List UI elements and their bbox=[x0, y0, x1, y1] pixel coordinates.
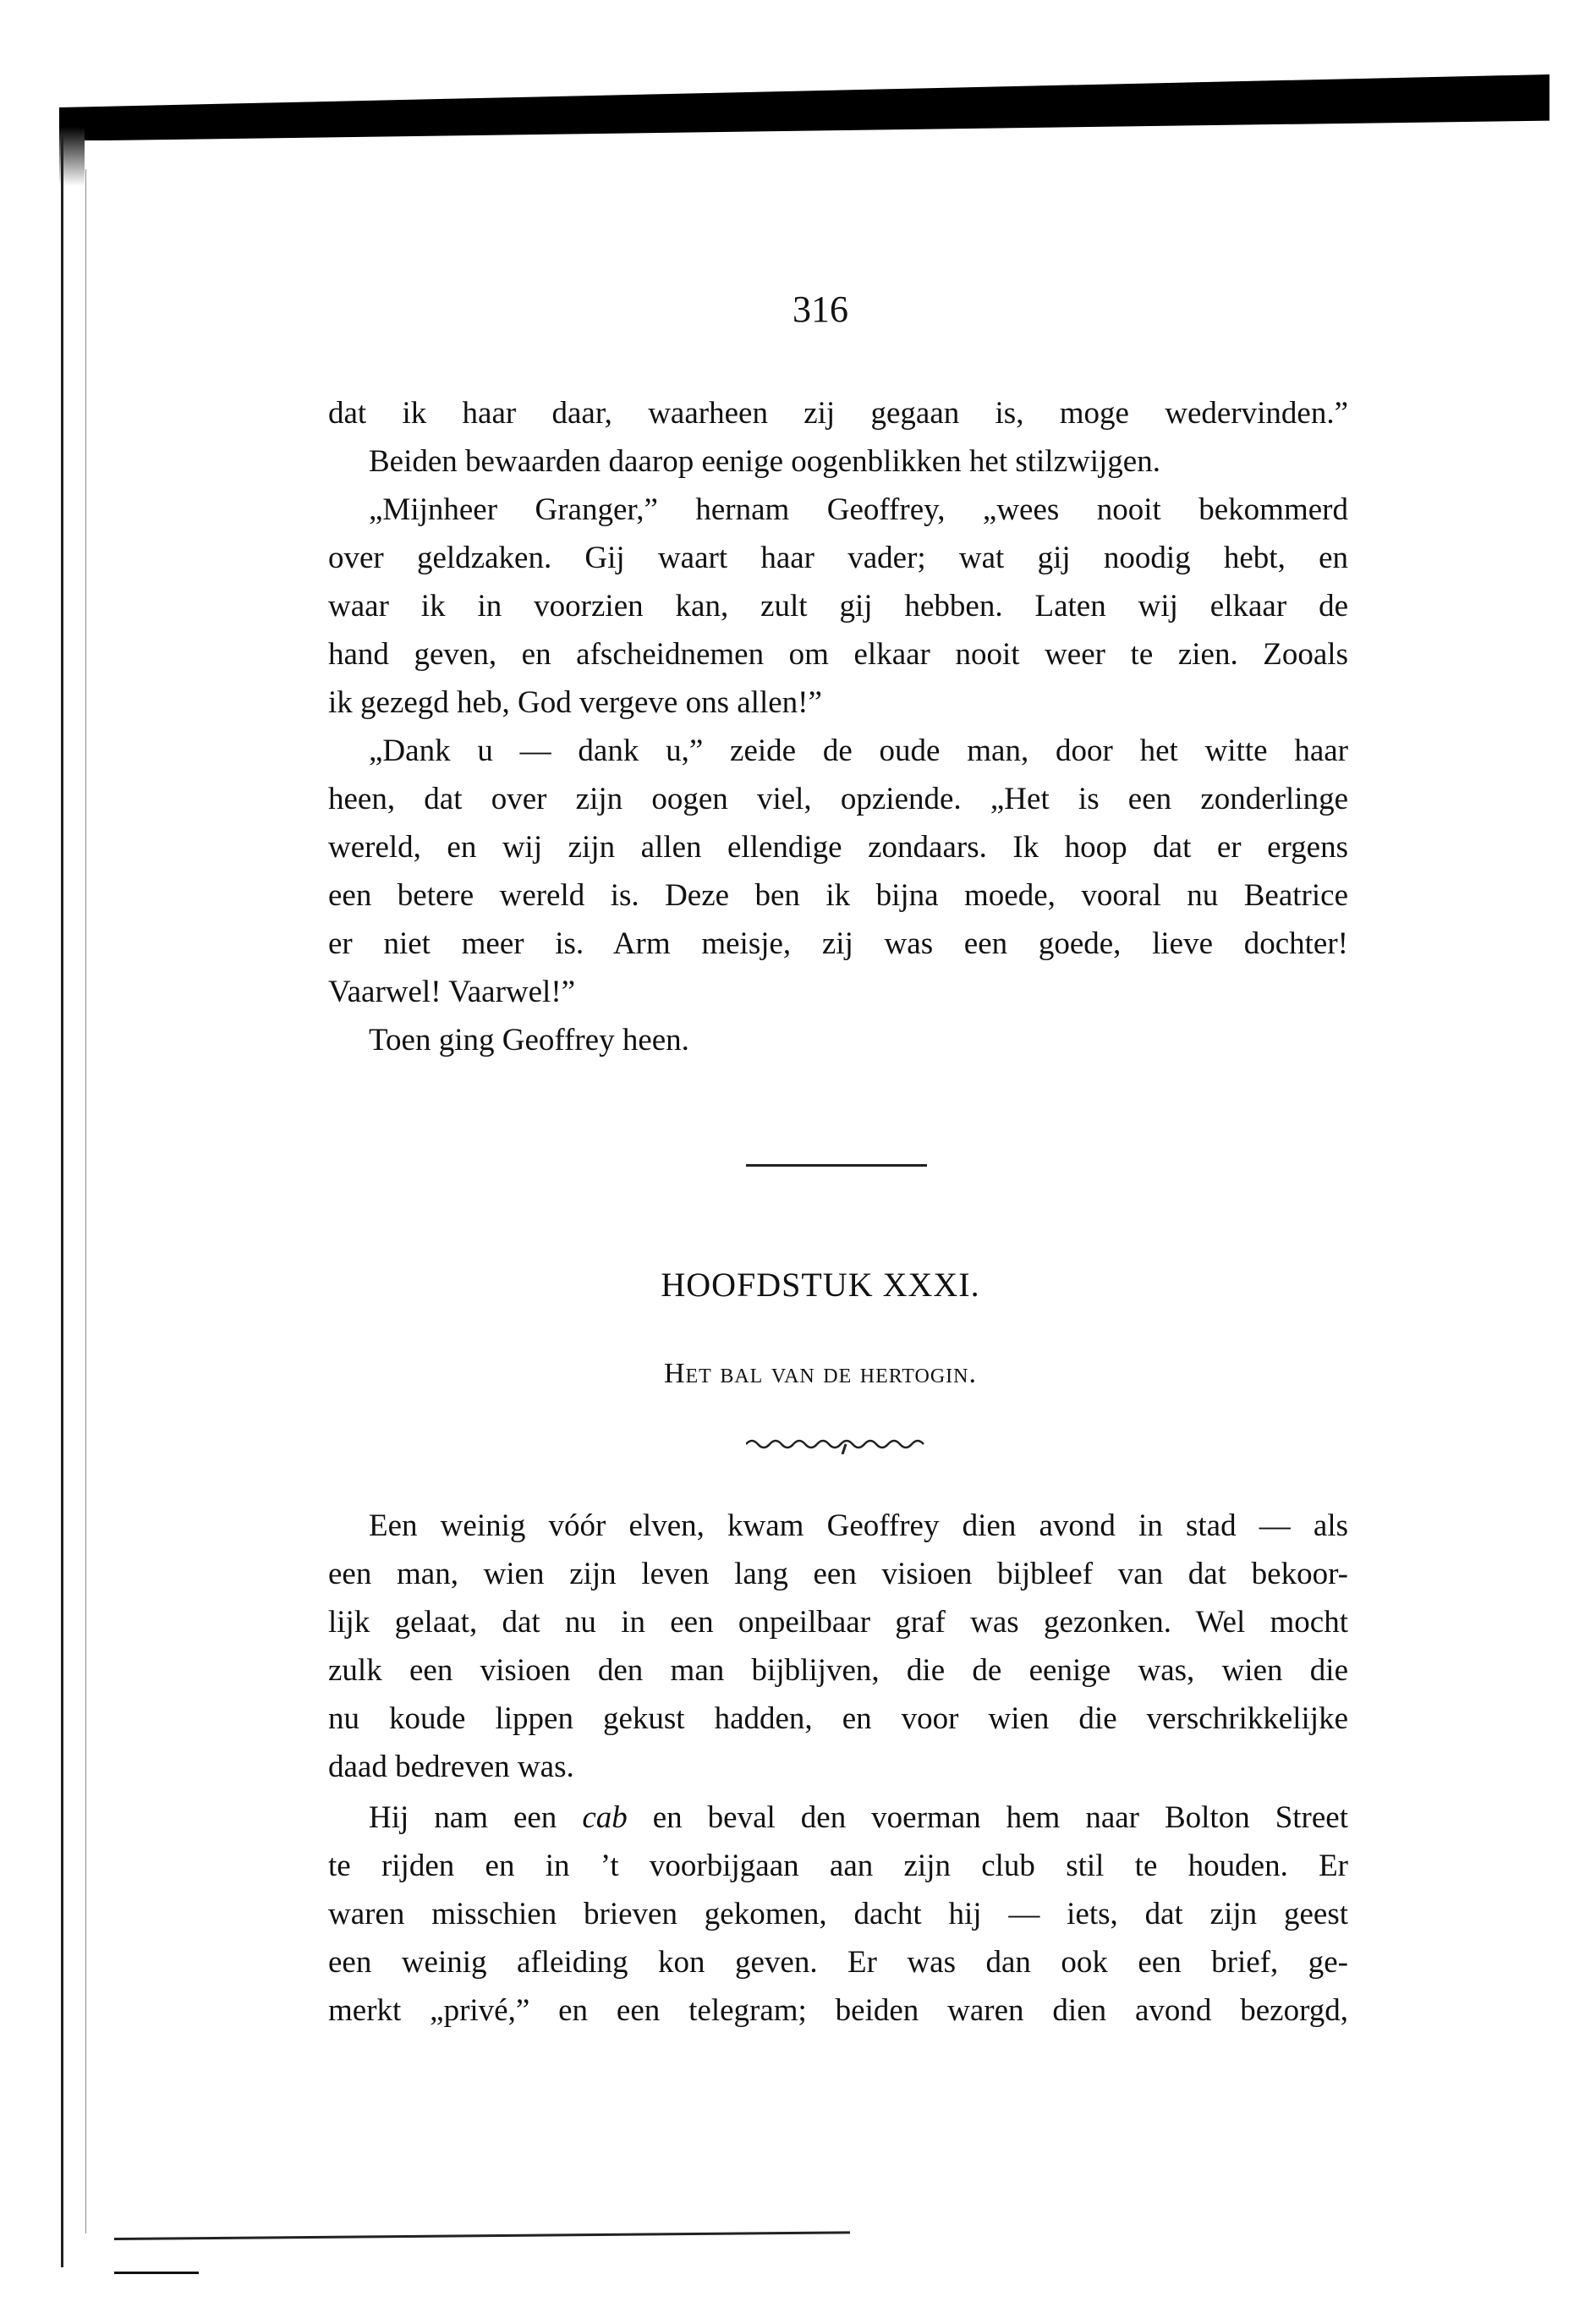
text-line: een man, wien zijn leven lang een visioe… bbox=[328, 1550, 1348, 1598]
wavy-ornament-icon bbox=[746, 1434, 930, 1454]
italic-word: cab bbox=[582, 1800, 627, 1835]
text-line: Hij nam een cab en beval den voerman hem… bbox=[328, 1794, 1348, 1842]
text-line: een betere wereld is. Deze ben ik bijna … bbox=[328, 871, 1348, 920]
text-line: waren misschien brieven gekomen, dacht h… bbox=[328, 1890, 1348, 1938]
page-number: 316 bbox=[0, 288, 1596, 331]
text-line: daad bedreven was. bbox=[328, 1743, 1348, 1791]
scan-border-bottom-corner bbox=[114, 2272, 199, 2274]
text-line: heen, dat over zijn oogen viel, opziende… bbox=[328, 775, 1348, 823]
text-line: „Dank u — dank u,” zeide de oude man, do… bbox=[328, 727, 1348, 775]
chapter-title: Het bal van de hertogin. bbox=[0, 1358, 1596, 1390]
text-line: er niet meer is. Arm meisje, zij was een… bbox=[328, 920, 1348, 968]
scan-border-left-inner bbox=[85, 169, 86, 2233]
text-line: Toen ging Geoffrey heen. bbox=[328, 1016, 1348, 1064]
separator-rule bbox=[746, 1164, 927, 1167]
scan-border-left bbox=[61, 135, 63, 2267]
text-line: dat ik haar daar, waarheen zij gegaan is… bbox=[328, 389, 1348, 437]
text-line: wereld, en wij zijn allen ellendige zond… bbox=[328, 823, 1348, 871]
text-line: „Mijnheer Granger,” hernam Geoffrey, „we… bbox=[328, 486, 1348, 534]
paragraph-block-3: Hij nam een cab en beval den voerman hem… bbox=[328, 1794, 1348, 2035]
text-line: een weinig afleiding kon geven. Er was d… bbox=[328, 1938, 1348, 1986]
text-line: over geldzaken. Gij waart haar vader; wa… bbox=[328, 534, 1348, 582]
text-line: Vaarwel! Vaarwel!” bbox=[328, 968, 1348, 1016]
text-line: Beiden bewaarden daarop eenige oogenblik… bbox=[328, 437, 1348, 486]
text-line: Een weinig vóór elven, kwam Geoffrey die… bbox=[328, 1502, 1348, 1550]
text-line: ik gezegd heb, God vergeve ons allen!” bbox=[328, 679, 1348, 727]
text-line: merkt „privé,” en een telegram; beiden … bbox=[328, 1986, 1348, 2035]
chapter-heading: HOOFDSTUK XXXI. bbox=[0, 1265, 1596, 1305]
scan-border-bottom bbox=[114, 2231, 850, 2240]
text-line: hand geven, en afscheidnemen om elkaar n… bbox=[328, 630, 1348, 679]
text-line: nu koude lippen gekust hadden, en voor w… bbox=[328, 1695, 1348, 1743]
text-line: lijk gelaat, dat nu in een onpeilbaar gr… bbox=[328, 1598, 1348, 1646]
paragraph-block-1: dat ik haar daar, waarheen zij gegaan is… bbox=[328, 389, 1348, 1064]
text-line: waar ik in voorzien kan, zult gij hebben… bbox=[328, 582, 1348, 630]
scan-border-top bbox=[59, 74, 1549, 140]
text-line: zulk een visioen den man bijblijven, die… bbox=[328, 1646, 1348, 1695]
text-line: te rijden en in ’t voorbijgaan aan zijn … bbox=[328, 1842, 1348, 1890]
paragraph-block-2: Een weinig vóór elven, kwam Geoffrey die… bbox=[328, 1502, 1348, 1791]
